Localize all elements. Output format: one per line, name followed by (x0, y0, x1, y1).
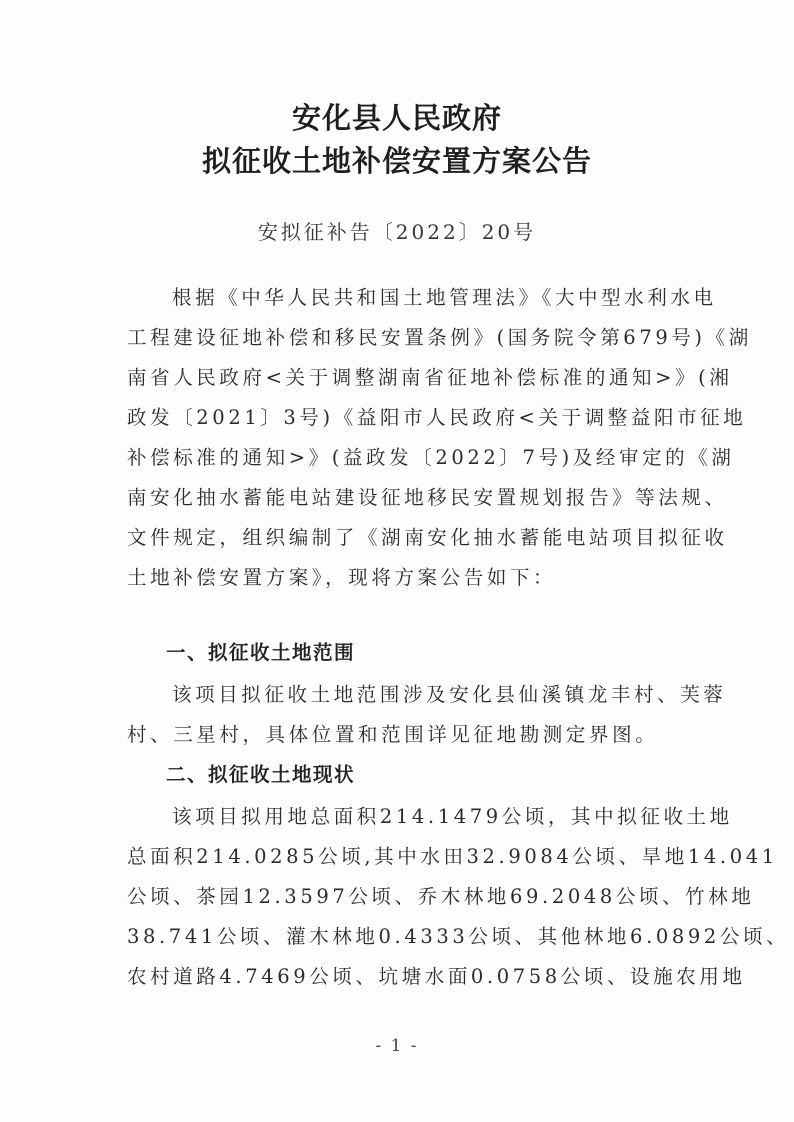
section-heading: 二、拟征收土地现状 (166, 759, 355, 787)
section-heading: 一、拟征收土地范围 (166, 637, 355, 665)
paragraph-line: 补偿标准的通知>》(益政发〔2022〕7号)及经审定的《湖 (127, 442, 672, 470)
paragraph-line: 南省人民政府<关于调整湖南省征地补偿标准的通知>》(湘 (127, 362, 672, 390)
paragraph-line: 政发〔2021〕3号)《益阳市人民政府<关于调整益阳市征地 (127, 402, 672, 430)
paragraph-line: 南安化抽水蓄能电站建设征地移民安置规划报告》等法规、 (127, 482, 672, 510)
paragraph-line: 农村道路4.7469公顷、坑塘水面0.0758公顷、设施农用地 (127, 961, 672, 989)
paragraph-line: 总面积214.0285公顷,其中水田32.9084公顷、旱地14.041 (127, 841, 672, 869)
paragraph-line: 该项目拟征收土地范围涉及安化县仙溪镇龙丰村、芙蓉 (172, 679, 717, 707)
document-title-line-2: 拟征收土地补偿安置方案公告 (0, 139, 794, 180)
document-number: 安拟征补告〔2022〕20号 (0, 216, 794, 245)
paragraph-line: 公顷、茶园12.3597公顷、乔木林地69.2048公顷、竹林地 (127, 881, 672, 909)
paragraph-line: 根据《中华人民共和国土地管理法》《大中型水利水电 (172, 282, 717, 310)
paragraph-line: 38.741公顷、灌木林地0.4333公顷、其他林地6.0892公顷、 (127, 921, 672, 949)
paragraph-line: 该项目拟用地总面积214.1479公顷，其中拟征收土地 (172, 801, 717, 829)
document-title-line-1: 安化县人民政府 (0, 96, 794, 137)
paragraph-line: 工程建设征地补偿和移民安置条例》(国务院令第679号)《湖 (127, 322, 672, 350)
document-page: 安化县人民政府 拟征收土地补偿安置方案公告 安拟征补告〔2022〕20号 根据《… (0, 0, 794, 1122)
page-number: - 1 - (0, 1036, 794, 1056)
paragraph-line: 土地补偿安置方案》，现将方案公告如下： (127, 562, 672, 590)
paragraph-line: 村、三星村，具体位置和范围详见征地勘测定界图。 (127, 719, 672, 747)
paragraph-line: 文件规定，组织编制了《湖南安化抽水蓄能电站项目拟征收 (127, 522, 672, 550)
